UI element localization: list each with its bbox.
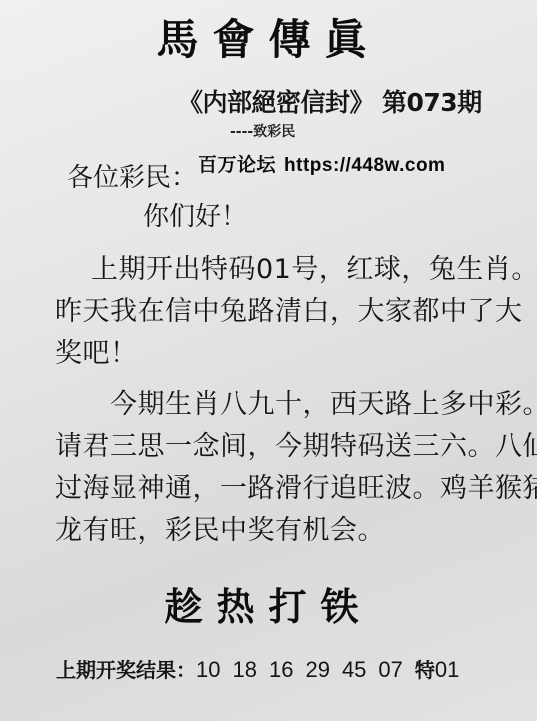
paragraph-2-line-4: 龙有旺，彩民中奖有机会。 [55,510,525,552]
issue-number: 第073期 [382,88,482,117]
result-number: 07 [378,657,402,682]
subtitle-line: 《内部絕密信封》第073期 [178,86,482,120]
paragraph-2-line-1: 今期生肖八九十，西天路上多中彩。 [55,384,525,426]
paragraph-1-line-2: 昨天我在信中兔路清白，大家都中了大 [55,291,525,333]
result-number: 18 [232,657,256,682]
last-result: 上期开奖结果：101816294507特01 [56,655,459,685]
subtitle: 《内部絕密信封》 [178,88,374,117]
paragraph-2-line-3: 过海显神通，一路滑行追旺波。鸡羊猴猪 [55,468,525,510]
paragraph-2-line-2: 请君三思一念间，今期特码送三六。八仙 [55,426,525,468]
result-number: 16 [269,657,293,682]
result-number: 45 [342,657,366,682]
paragraph-2: 今期生肖八九十，西天路上多中彩。 请君三思一念间，今期特码送三六。八仙 过海显神… [55,384,525,552]
last-result-label: 上期开奖结果： [56,658,196,682]
special-label: 特 [415,658,435,682]
watermark-forum: 百万论坛 [198,155,276,176]
document-title: 馬會傳眞 [0,14,537,66]
sender-line: ----致彩民 [230,123,295,141]
result-number: 10 [196,657,220,682]
paragraph-1: 上期开出特码01号，红球，兔生肖。 昨天我在信中兔路清白，大家都中了大 奖吧！ [55,249,525,375]
greeting: 各位彩民： [67,160,197,196]
watermark: 百万论坛https://448w.com [198,153,445,179]
watermark-url: https://448w.com [284,155,445,176]
paragraph-1-line-1: 上期开出特码01号，红球，兔生肖。 [55,249,525,291]
slogan: 趁热打铁 [0,581,537,633]
hello-line: 你们好！ [143,199,247,235]
result-number: 29 [305,657,329,682]
paragraph-1-line-3: 奖吧！ [55,333,525,375]
special-number: 01 [435,657,459,682]
